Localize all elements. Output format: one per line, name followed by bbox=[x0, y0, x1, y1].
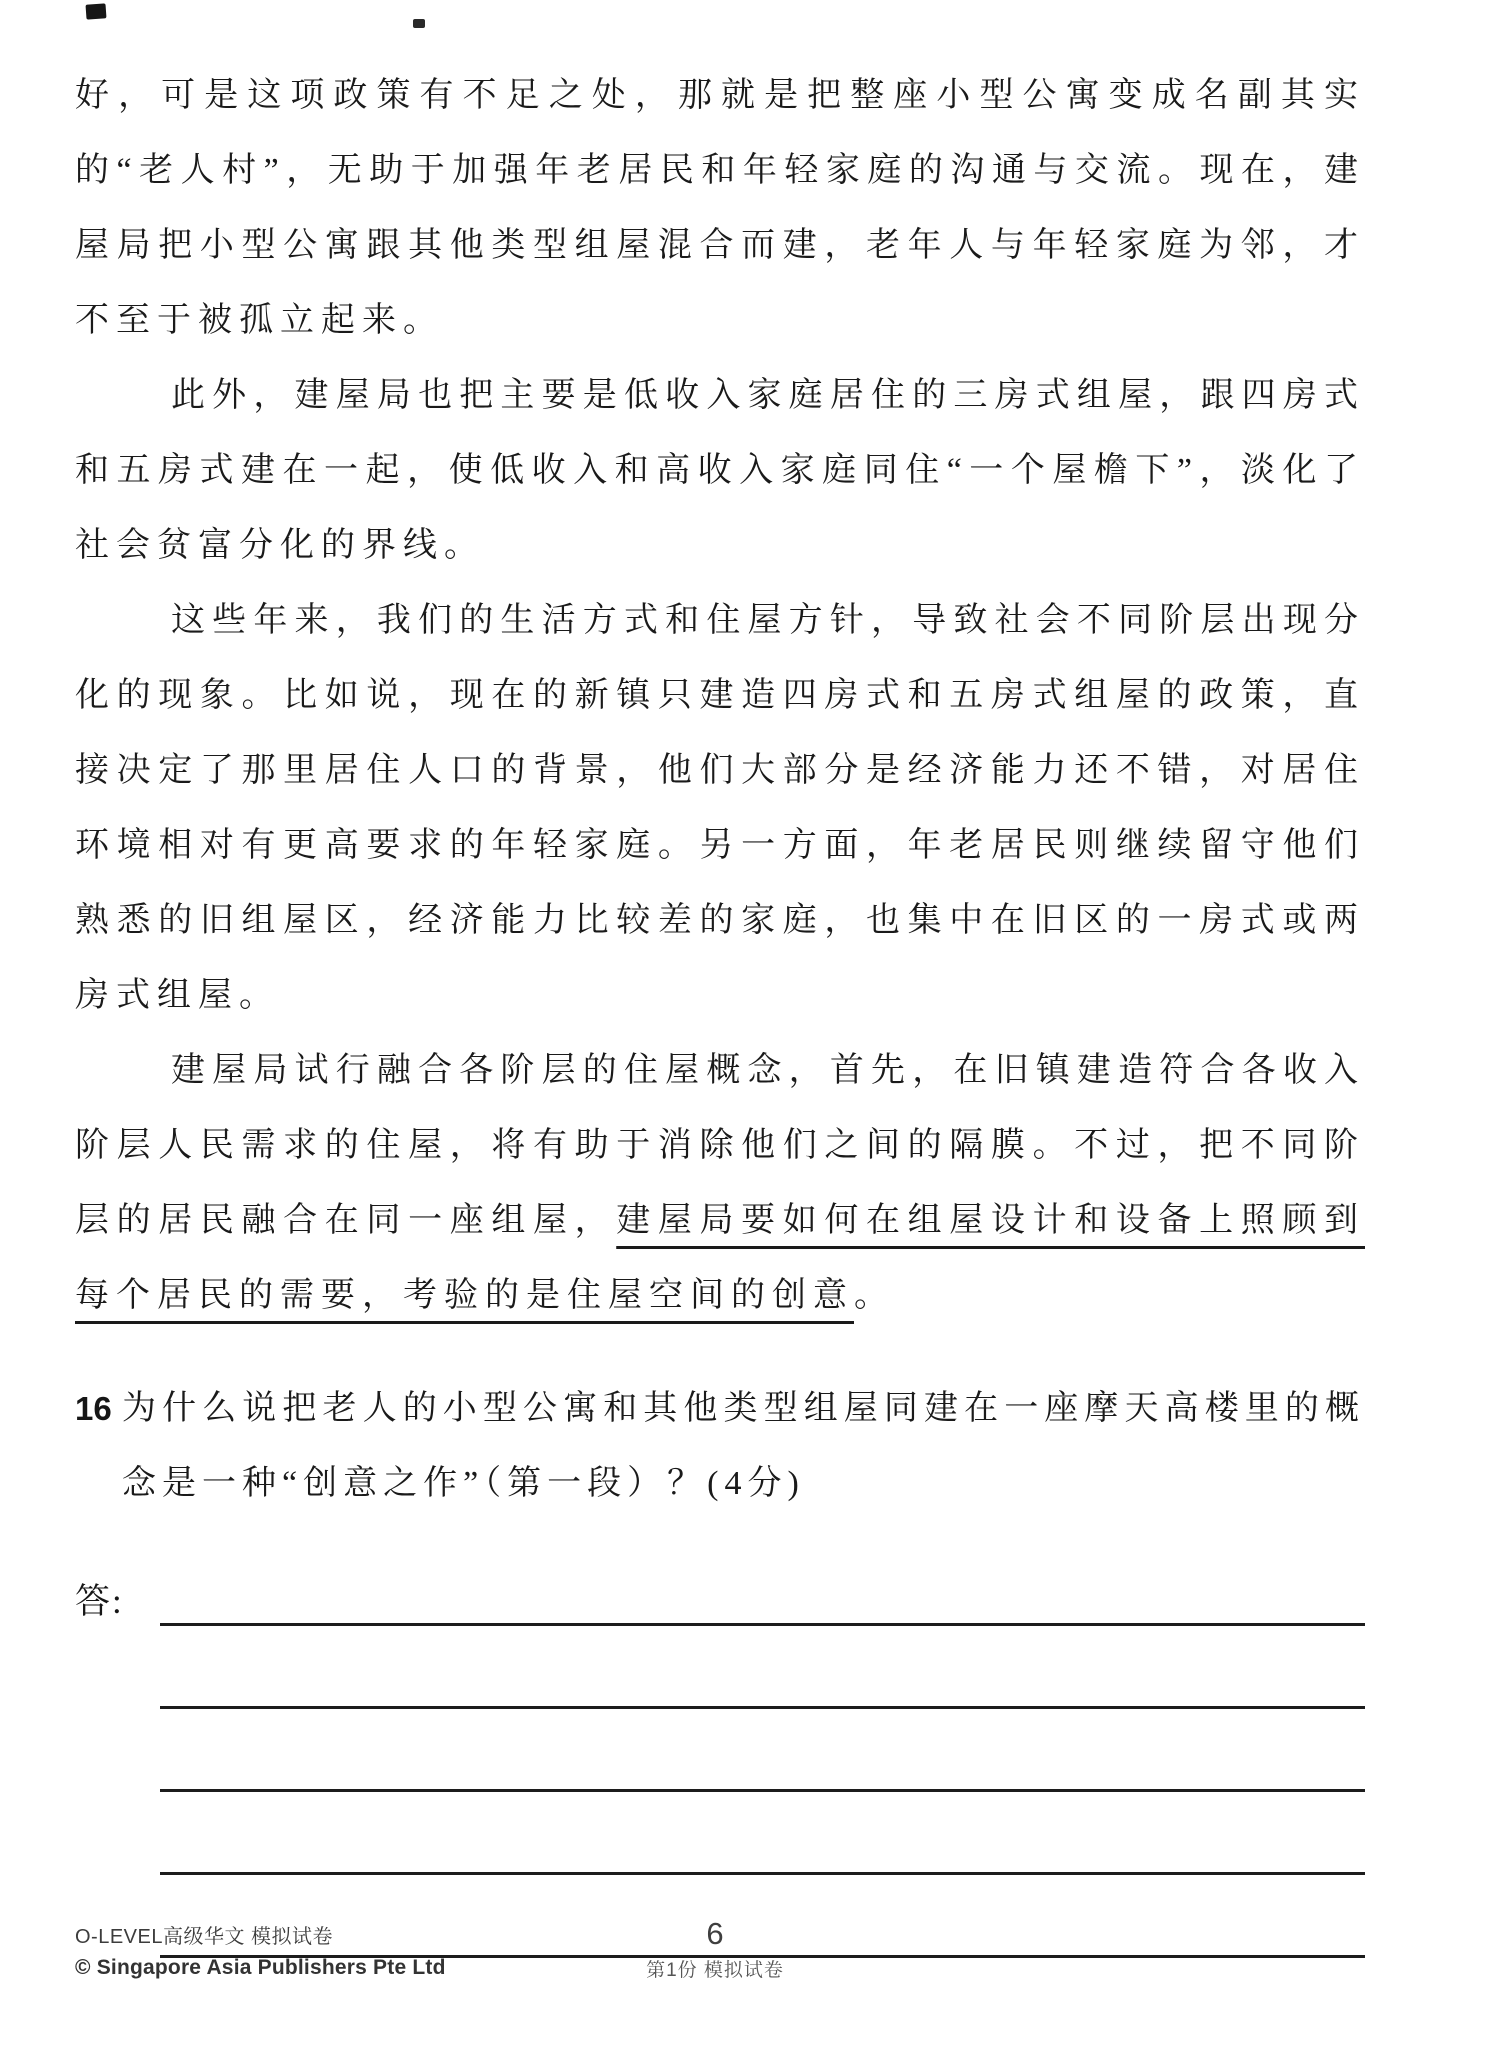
passage-text: 。 bbox=[854, 1277, 895, 1314]
passage-paragraph-final: 建屋局试行融合各阶层的住屋概念，首先，在旧镇建造符合各收入阶层人民需求的住屋，将… bbox=[75, 1033, 1365, 1333]
page-content: 好，可是这项政策有不足之处，那就是把整座小型公寓变成名副其实的“老人村”，无助于… bbox=[75, 58, 1365, 1958]
answer-first-row: 答: bbox=[75, 1575, 1365, 1626]
reading-passage: 好，可是这项政策有不足之处，那就是把整座小型公寓变成名副其实的“老人村”，无助于… bbox=[75, 58, 1365, 1333]
footer-series-title: O-LEVEL高级华文 模拟试卷 bbox=[75, 1920, 446, 1949]
scan-artifact bbox=[86, 3, 107, 19]
answer-line bbox=[160, 1575, 1365, 1626]
footer-copyright: © Singapore Asia Publishers Pte Ltd bbox=[75, 1956, 446, 1980]
answer-label: 答: bbox=[75, 1578, 160, 1626]
question-16: 16 为什么说把老人的小型公寓和其他类型组屋同建在一座摩天高楼里的概念是一种“创… bbox=[75, 1371, 1365, 1521]
question-number: 16 bbox=[75, 1371, 122, 1446]
page-number: 6 bbox=[646, 1918, 784, 1950]
footer-section-label: 第1份 模拟试卷 bbox=[646, 1955, 784, 1982]
answer-line bbox=[160, 1626, 1365, 1709]
answer-line bbox=[160, 1709, 1365, 1792]
answer-line bbox=[160, 1792, 1365, 1875]
question-text: 为什么说把老人的小型公寓和其他类型组屋同建在一座摩天高楼里的概念是一种“创意之作… bbox=[122, 1371, 1365, 1521]
answer-lines-extra bbox=[75, 1626, 1365, 1958]
passage-paragraph: 此外，建屋局也把主要是低收入家庭居住的三房式组屋，跟四房式和五房式建在一起，使低… bbox=[75, 358, 1365, 583]
exam-paper-page: 好，可是这项政策有不足之处，那就是把整座小型公寓变成名副其实的“老人村”，无助于… bbox=[0, 0, 1500, 2049]
passage-paragraph: 这些年来，我们的生活方式和住屋方针，导致社会不同阶层出现分化的现象。比如说，现在… bbox=[75, 583, 1365, 1033]
passage-paragraph: 好，可是这项政策有不足之处，那就是把整座小型公寓变成名副其实的“老人村”，无助于… bbox=[75, 58, 1365, 358]
answer-section: 答: bbox=[75, 1575, 1365, 1958]
scan-artifact bbox=[413, 19, 425, 28]
footer-center-block: 6 第1份 模拟试卷 bbox=[646, 1918, 784, 1982]
footer-left-block: O-LEVEL高级华文 模拟试卷 © Singapore Asia Publis… bbox=[75, 1920, 446, 1980]
